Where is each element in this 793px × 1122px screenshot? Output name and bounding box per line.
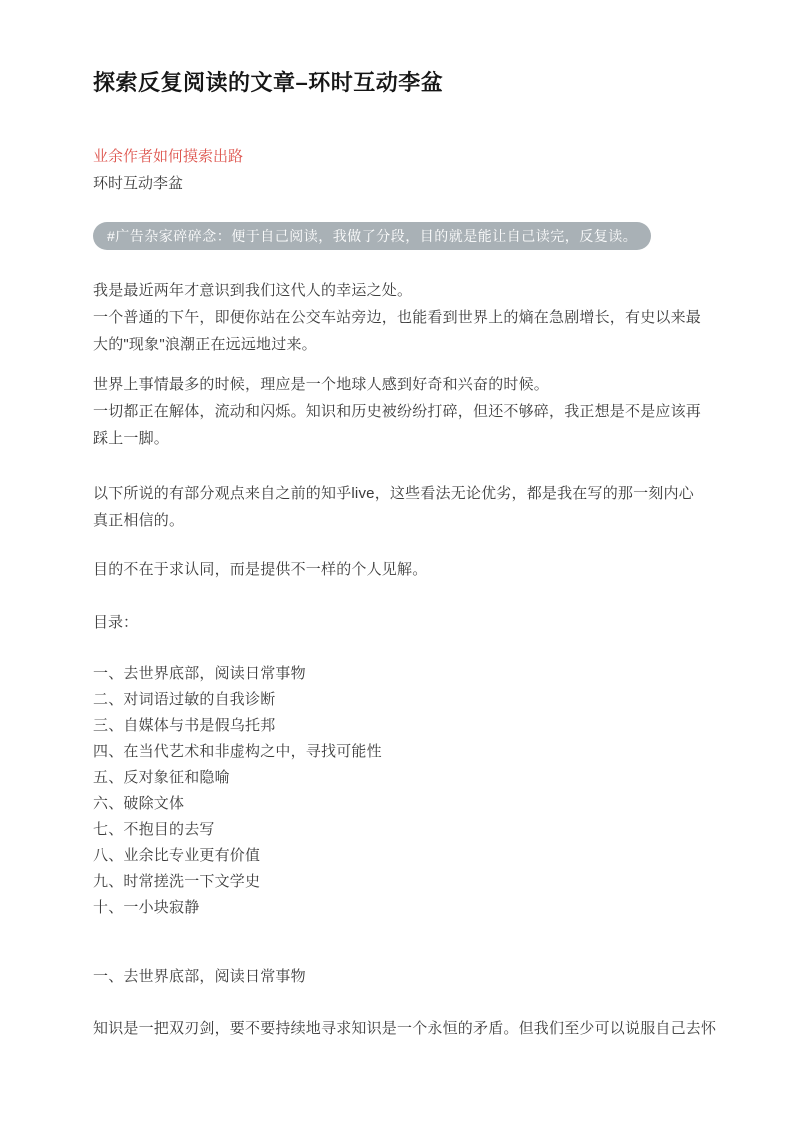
paragraph-4: 目的不在于求认同，而是提供不一样的个人见解。 — [93, 556, 708, 583]
paragraph-line: 我是最近两年才意识到我们这代人的幸运之处。 — [93, 277, 708, 304]
table-of-contents: 一、去世界底部，阅读日常事物 二、对词语过敏的自我诊断 三、自媒体与书是假乌托邦… — [93, 661, 708, 921]
toc-item-3: 三、自媒体与书是假乌托邦 — [93, 713, 708, 739]
toc-item-5: 五、反对象征和隐喻 — [93, 765, 708, 791]
paragraph-3: 以下所说的有部分观点来自之前的知乎live，这些看法无论优劣，都是我在写的那一刻… — [93, 480, 708, 534]
topic-tag-badge: #广告杂家碎碎念：便于自己阅读，我做了分段，目的就是能让自己读完，反复读。 — [93, 222, 651, 250]
toc-item-9: 九、时常搓洗一下文学史 — [93, 869, 708, 895]
paragraph-line: 一个普通的下午，即便你站在公交车站旁边，也能看到世界上的熵在急剧增长，有史以来最… — [93, 304, 708, 358]
document-title: 探索反复阅读的文章–环时互动李盆 — [93, 70, 708, 96]
paragraph-line: 一切都正在解体，流动和闪烁。知识和历史被纷纷打碎，但还不够碎，我正想是不是应该再… — [93, 398, 708, 452]
paragraph-line: 世界上事情最多的时候，理应是一个地球人感到好奇和兴奋的时候。 — [93, 371, 708, 398]
paragraph-2: 世界上事情最多的时候，理应是一个地球人感到好奇和兴奋的时候。 一切都正在解体，流… — [93, 371, 708, 452]
author-line: 环时互动李盆 — [93, 170, 708, 197]
toc-item-10: 十、一小块寂静 — [93, 895, 708, 921]
source-article-link[interactable]: 业余作者如何摸索出路 — [93, 143, 708, 170]
paragraph-line: 目的不在于求认同，而是提供不一样的个人见解。 — [93, 556, 708, 583]
paragraph-1: 我是最近两年才意识到我们这代人的幸运之处。 一个普通的下午，即便你站在公交车站旁… — [93, 277, 708, 358]
section-paragraph-cutoff: 知识是一把双刃剑，要不要持续地寻求知识是一个永恒的矛盾。但我们至少可以说服自己去… — [93, 1015, 708, 1042]
document-page: 探索反复阅读的文章–环时互动李盆 业余作者如何摸索出路 环时互动李盆 #广告杂家… — [0, 0, 793, 1122]
badge-row: #广告杂家碎碎念：便于自己阅读，我做了分段，目的就是能让自己读完，反复读。 — [93, 222, 708, 250]
section-heading-1: 一、去世界底部，阅读日常事物 — [93, 963, 708, 990]
toc-item-4: 四、在当代艺术和非虚构之中，寻找可能性 — [93, 739, 708, 765]
toc-item-1: 一、去世界底部，阅读日常事物 — [93, 661, 708, 687]
toc-item-7: 七、不抱目的去写 — [93, 817, 708, 843]
toc-item-2: 二、对词语过敏的自我诊断 — [93, 687, 708, 713]
toc-title: 目录： — [93, 609, 708, 636]
document-meta: 业余作者如何摸索出路 环时互动李盆 — [93, 143, 708, 197]
paragraph-line: 以下所说的有部分观点来自之前的知乎live，这些看法无论优劣，都是我在写的那一刻… — [93, 480, 708, 534]
toc-item-8: 八、业余比专业更有价值 — [93, 843, 708, 869]
toc-item-6: 六、破除文体 — [93, 791, 708, 817]
